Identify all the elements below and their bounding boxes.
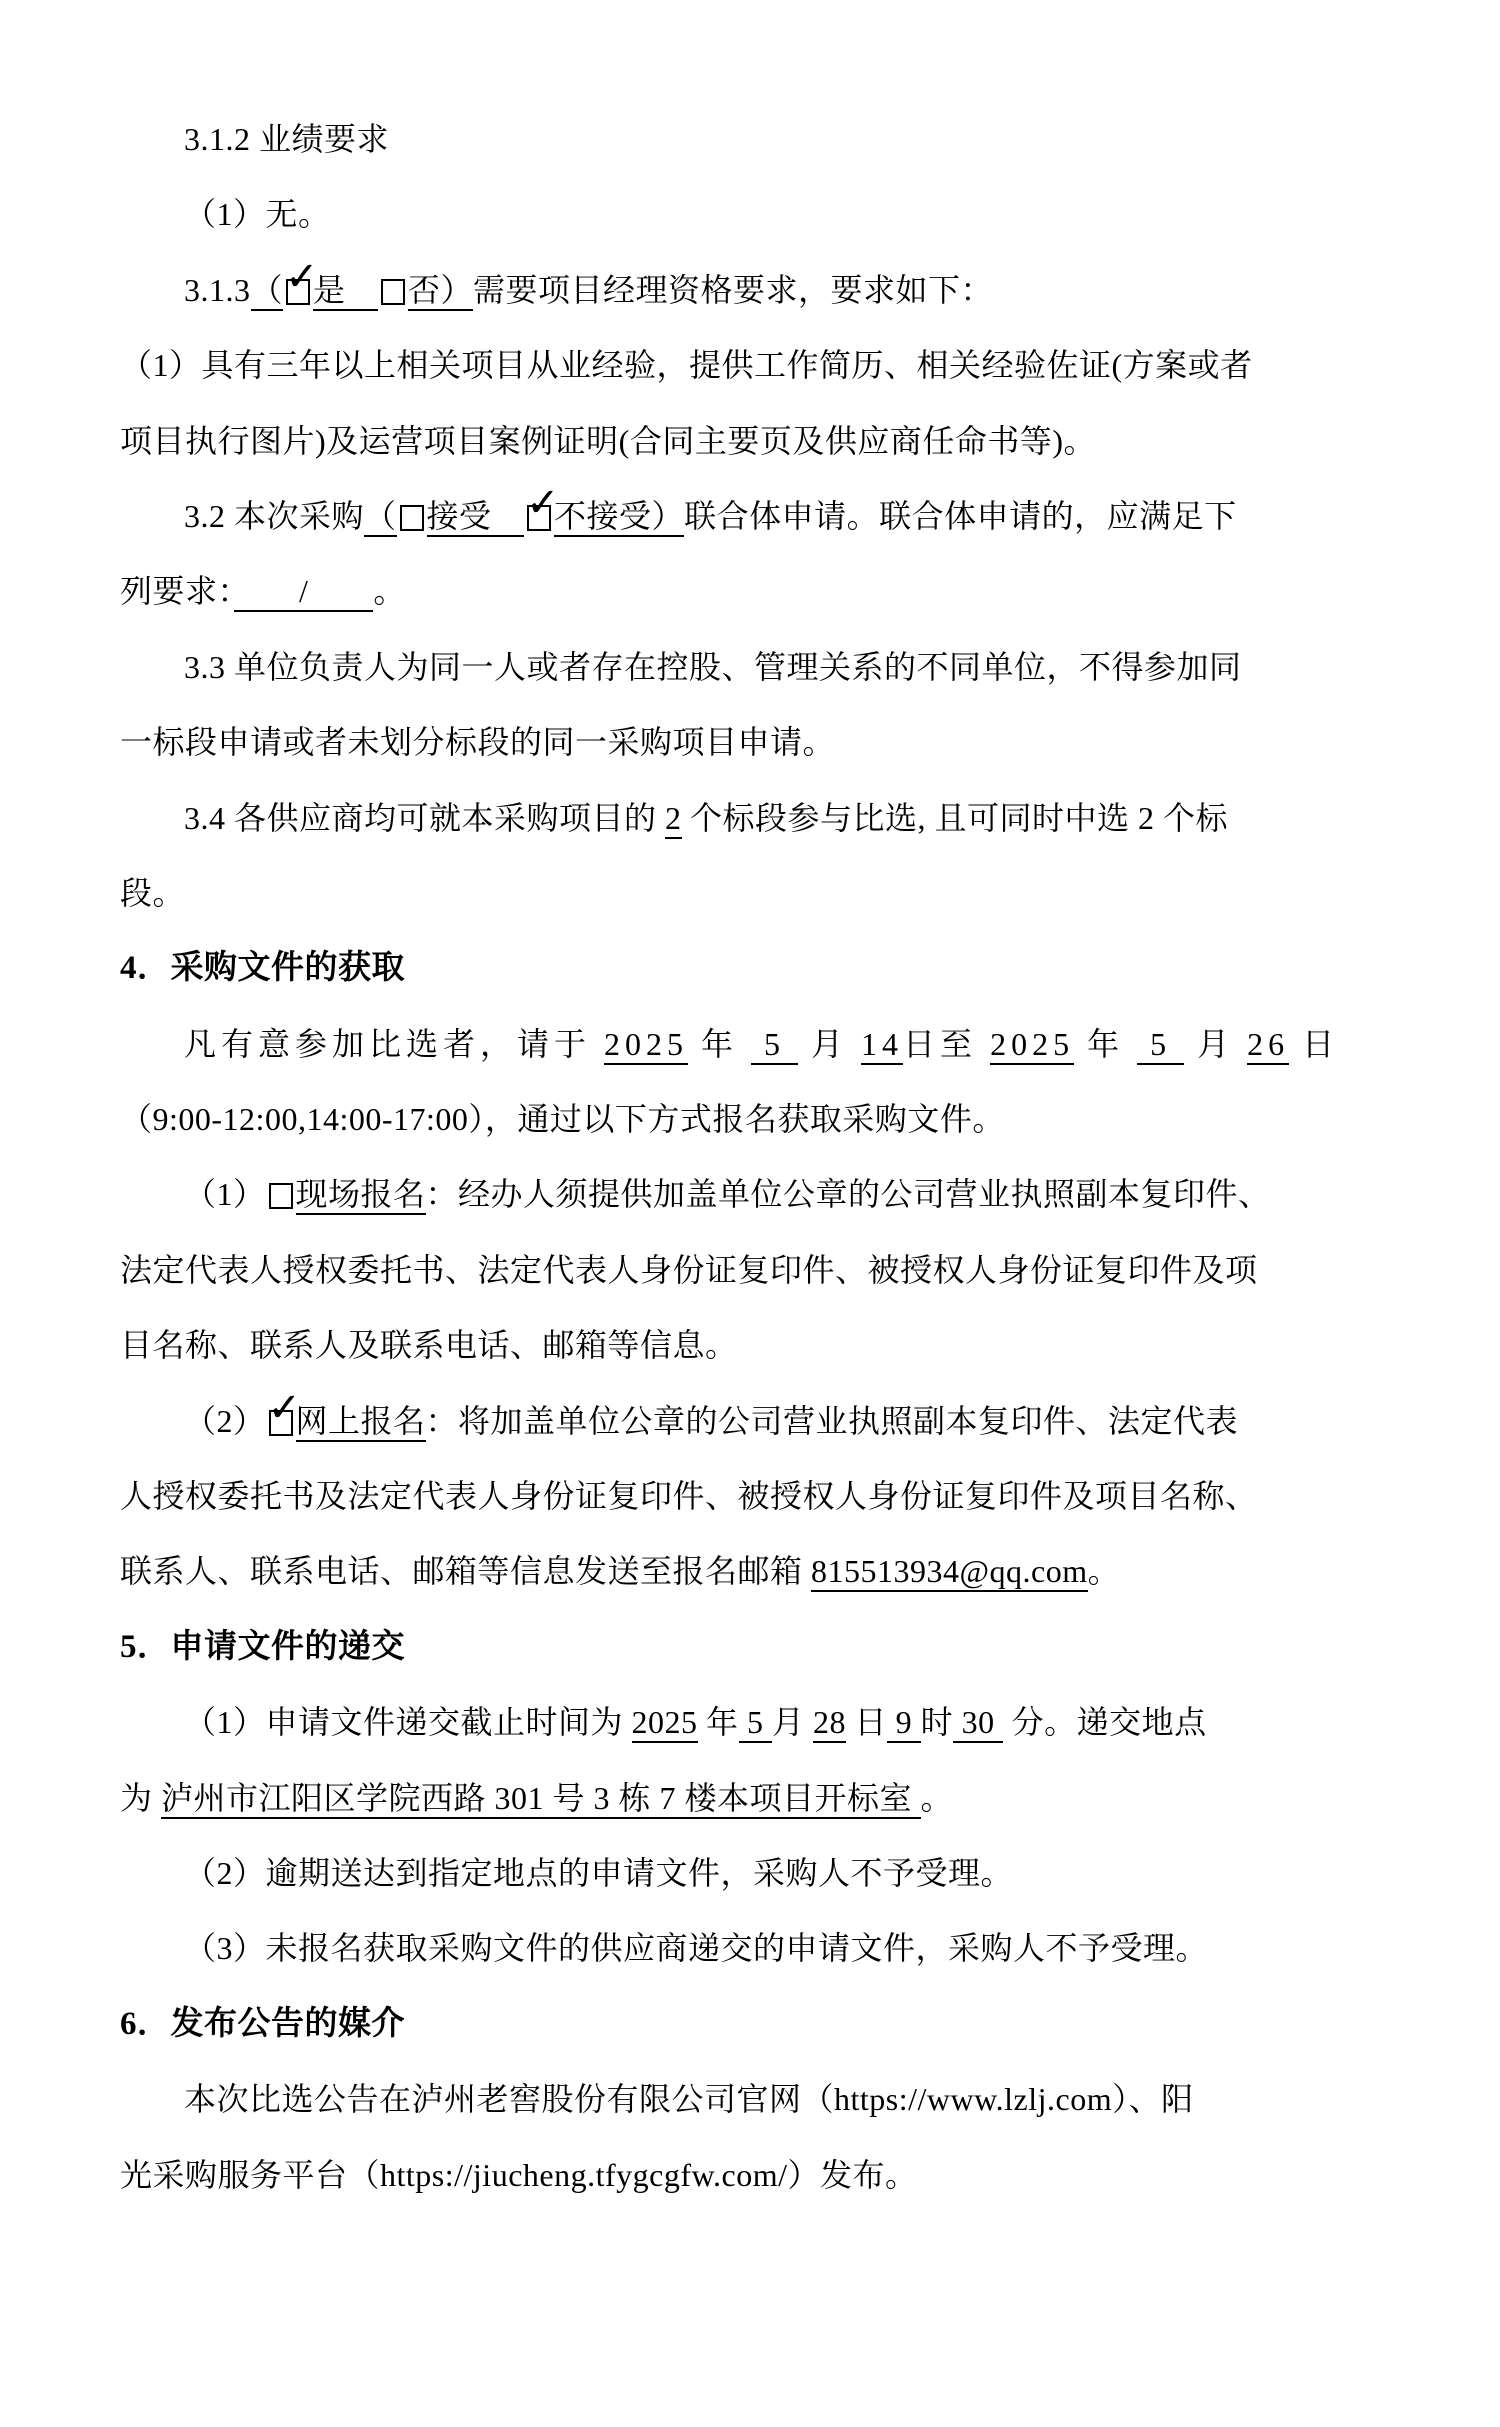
underlined-text: 30 xyxy=(953,1704,1003,1743)
checkbox-checked-icon xyxy=(269,1410,293,1436)
underlined-text: 2 xyxy=(665,800,682,839)
text-run: 。 xyxy=(921,1780,954,1816)
underlined-text: 5 xyxy=(739,1704,773,1743)
document-line: （9:00-12:00,14:00-17:00），通过以下方式报名获取采购文件。 xyxy=(120,1082,1430,1157)
document-line: 光采购服务平台（https://jiucheng.tfygcgfw.com/）发… xyxy=(120,2138,1430,2213)
document-line: 为 泸州市江阳区学院西路 301 号 3 栋 7 楼本项目开标室 。 xyxy=(120,1761,1430,1836)
underlined-text: 现场报名 xyxy=(296,1176,426,1215)
document-line: 3.1.2 业绩要求 xyxy=(120,102,1430,177)
underlined-text: 泸州市江阳区学院西路 301 号 3 栋 7 楼本项目开标室 xyxy=(161,1780,921,1819)
text-run: （9:00-12:00,14:00-17:00），通过以下方式报名获取采购文件。 xyxy=(120,1101,1005,1137)
document-line: （1）现场报名：经办人须提供加盖单位公章的公司营业执照副本复印件、 xyxy=(120,1157,1430,1232)
document-line: 联系人、联系电话、邮箱等信息发送至报名邮箱 815513934@qq.com。 xyxy=(120,1534,1430,1609)
underlined-text: 否） xyxy=(408,272,473,311)
checkbox-unchecked-icon xyxy=(269,1183,293,1209)
checkbox-unchecked-icon xyxy=(400,505,424,531)
document-line: （3）未报名获取采购文件的供应商递交的申请文件，采购人不予受理。 xyxy=(120,1911,1430,1986)
text-run: 月 xyxy=(1184,1026,1247,1062)
text-run: 年 xyxy=(1074,1026,1137,1062)
document-line: 凡有意参加比选者，请于 2025 年 5 月 14日至 2025 年 5 月 2… xyxy=(120,1007,1430,1082)
text-run: 3.1.2 业绩要求 xyxy=(184,121,389,157)
text-run: 年 xyxy=(688,1026,751,1062)
text-run: 3.1.3 xyxy=(184,272,251,308)
text-run: （1）具有三年以上相关项目从业经验，提供工作简历、相关经验佐证(方案或者 xyxy=(120,347,1253,383)
underlined-text: 9 xyxy=(887,1704,921,1743)
document-line: 3.2 本次采购（接受 不接受）联合体申请。联合体申请的，应满足下 xyxy=(120,479,1430,554)
underlined-text: 26 xyxy=(1247,1026,1289,1065)
underlined-text: 是 xyxy=(313,272,378,311)
text-run: 光采购服务平台（https://jiucheng.tfygcgfw.com/）发… xyxy=(120,2157,918,2193)
text-run: （1）无。 xyxy=(184,196,331,232)
document-line: 3.1.3（是 否）需要项目经理资格要求，要求如下： xyxy=(120,253,1430,328)
underlined-text: 5 xyxy=(751,1026,798,1065)
text-run: 。 xyxy=(373,573,406,609)
text-run: ：经办人须提供加盖单位公章的公司营业执照副本复印件、 xyxy=(426,1176,1271,1212)
underlined-text: 2025 xyxy=(604,1026,688,1065)
text-run: 5．申请文件的递交 xyxy=(120,1629,405,1665)
checkbox-unchecked-icon xyxy=(381,279,405,305)
text-run: 年 xyxy=(698,1704,739,1740)
text-run: 。 xyxy=(1088,1553,1121,1589)
document-line: 段。 xyxy=(120,856,1430,931)
text-run: 个标段参与比选, 且可同时中选 2 个标 xyxy=(682,800,1229,836)
text-run: 月 xyxy=(798,1026,861,1062)
text-run: （1）申请文件递交截止时间为 xyxy=(184,1704,632,1740)
underlined-text: 2025 xyxy=(632,1704,698,1743)
section-heading: 4．采购文件的获取 xyxy=(120,931,1430,1006)
text-run: 目名称、联系人及联系电话、邮箱等信息。 xyxy=(120,1327,738,1363)
text-run: 联系人、联系电话、邮箱等信息发送至报名邮箱 xyxy=(120,1553,811,1589)
document-line: 目名称、联系人及联系电话、邮箱等信息。 xyxy=(120,1308,1430,1383)
text-run: 人授权委托书及法定代表人身份证复印件、被授权人身份证复印件及项目名称、 xyxy=(120,1478,1258,1514)
underlined-text: 28 xyxy=(813,1704,846,1743)
text-run: 日 xyxy=(846,1704,887,1740)
text-run: 月 xyxy=(772,1704,813,1740)
text-run: ：将加盖单位公章的公司营业执照副本复印件、法定代表 xyxy=(426,1403,1239,1439)
underlined-text: 14 xyxy=(861,1026,903,1065)
document-line: 项目执行图片)及运营项目案例证明(合同主要页及供应商任命书等)。 xyxy=(120,404,1430,479)
document-line: 一标段申请或者未划分标段的同一采购项目申请。 xyxy=(120,705,1430,780)
text-run: （2） xyxy=(184,1403,266,1439)
text-run: 联合体申请。联合体申请的，应满足下 xyxy=(684,498,1237,534)
document-line: 3.3 单位负责人为同一人或者存在控股、管理关系的不同单位，不得参加同 xyxy=(120,630,1430,705)
text-run: 日 xyxy=(1289,1026,1339,1062)
underlined-text: 网上报名 xyxy=(296,1403,426,1442)
text-run: 时 xyxy=(921,1704,954,1740)
document-line: 法定代表人授权委托书、法定代表人身份证复印件、被授权人身份证复印件及项 xyxy=(120,1233,1430,1308)
document-line: 人授权委托书及法定代表人身份证复印件、被授权人身份证复印件及项目名称、 xyxy=(120,1459,1430,1534)
underlined-text: 不接受） xyxy=(554,498,684,537)
text-run: 为 xyxy=(120,1780,161,1816)
section-heading: 6．发布公告的媒介 xyxy=(120,1987,1430,2062)
text-run: （1） xyxy=(184,1176,266,1212)
text-run: 分。递交地点 xyxy=(1003,1704,1207,1740)
checkbox-checked-icon xyxy=(286,279,310,305)
text-run: 3.2 本次采购 xyxy=(184,498,364,534)
document-line: （2）逾期送达到指定地点的申请文件，采购人不予受理。 xyxy=(120,1836,1430,1911)
document-line: 列要求： / 。 xyxy=(120,554,1430,629)
text-run: 一标段申请或者未划分标段的同一采购项目申请。 xyxy=(120,724,835,760)
text-run: （3）未报名获取采购文件的供应商递交的申请文件，采购人不予受理。 xyxy=(184,1930,1208,1966)
underlined-text: （ xyxy=(251,272,284,311)
text-run: 法定代表人授权委托书、法定代表人身份证复印件、被授权人身份证复印件及项 xyxy=(120,1252,1258,1288)
underlined-text: 2025 xyxy=(990,1026,1074,1065)
text-run: 本次比选公告在泸州老窖股份有限公司官网（https://www.lzlj.com… xyxy=(184,2081,1194,2117)
underlined-text: / xyxy=(234,573,373,612)
text-run: （2）逾期送达到指定地点的申请文件，采购人不予受理。 xyxy=(184,1855,1013,1891)
underlined-text: 接受 xyxy=(427,498,525,537)
text-run: 6．发布公告的媒介 xyxy=(120,2006,405,2042)
text-run: 3.4 各供应商均可就本采购项目的 xyxy=(184,800,665,836)
underlined-text: 815513934@qq.com xyxy=(811,1553,1088,1592)
text-run: 需要项目经理资格要求，要求如下： xyxy=(473,272,993,308)
underlined-text: （ xyxy=(364,498,397,537)
text-run: 段。 xyxy=(120,875,185,911)
document-line: （2）网上报名：将加盖单位公章的公司营业执照副本复印件、法定代表 xyxy=(120,1384,1430,1459)
text-run: 凡有意参加比选者，请于 xyxy=(184,1026,604,1062)
text-run: 列要求： xyxy=(120,573,234,609)
checkbox-checked-icon xyxy=(527,505,551,531)
document-page: 3.1.2 业绩要求（1）无。3.1.3（是 否）需要项目经理资格要求，要求如下… xyxy=(0,0,1500,2427)
text-run: 3.3 单位负责人为同一人或者存在控股、管理关系的不同单位，不得参加同 xyxy=(184,649,1242,685)
document-line: （1）申请文件递交截止时间为 2025 年 5 月 28 日 9 时 30 分。… xyxy=(120,1685,1430,1760)
document-line: （1）具有三年以上相关项目从业经验，提供工作简历、相关经验佐证(方案或者 xyxy=(120,328,1430,403)
text-run: 项目执行图片)及运营项目案例证明(合同主要页及供应商任命书等)。 xyxy=(120,423,1096,459)
text-run: 4．采购文件的获取 xyxy=(120,950,405,986)
document-line: 3.4 各供应商均可就本采购项目的 2 个标段参与比选, 且可同时中选 2 个标 xyxy=(120,781,1430,856)
text-run: 日至 xyxy=(903,1026,990,1062)
section-heading: 5．申请文件的递交 xyxy=(120,1610,1430,1685)
underlined-text: 5 xyxy=(1137,1026,1184,1065)
document-line: 本次比选公告在泸州老窖股份有限公司官网（https://www.lzlj.com… xyxy=(120,2062,1430,2137)
